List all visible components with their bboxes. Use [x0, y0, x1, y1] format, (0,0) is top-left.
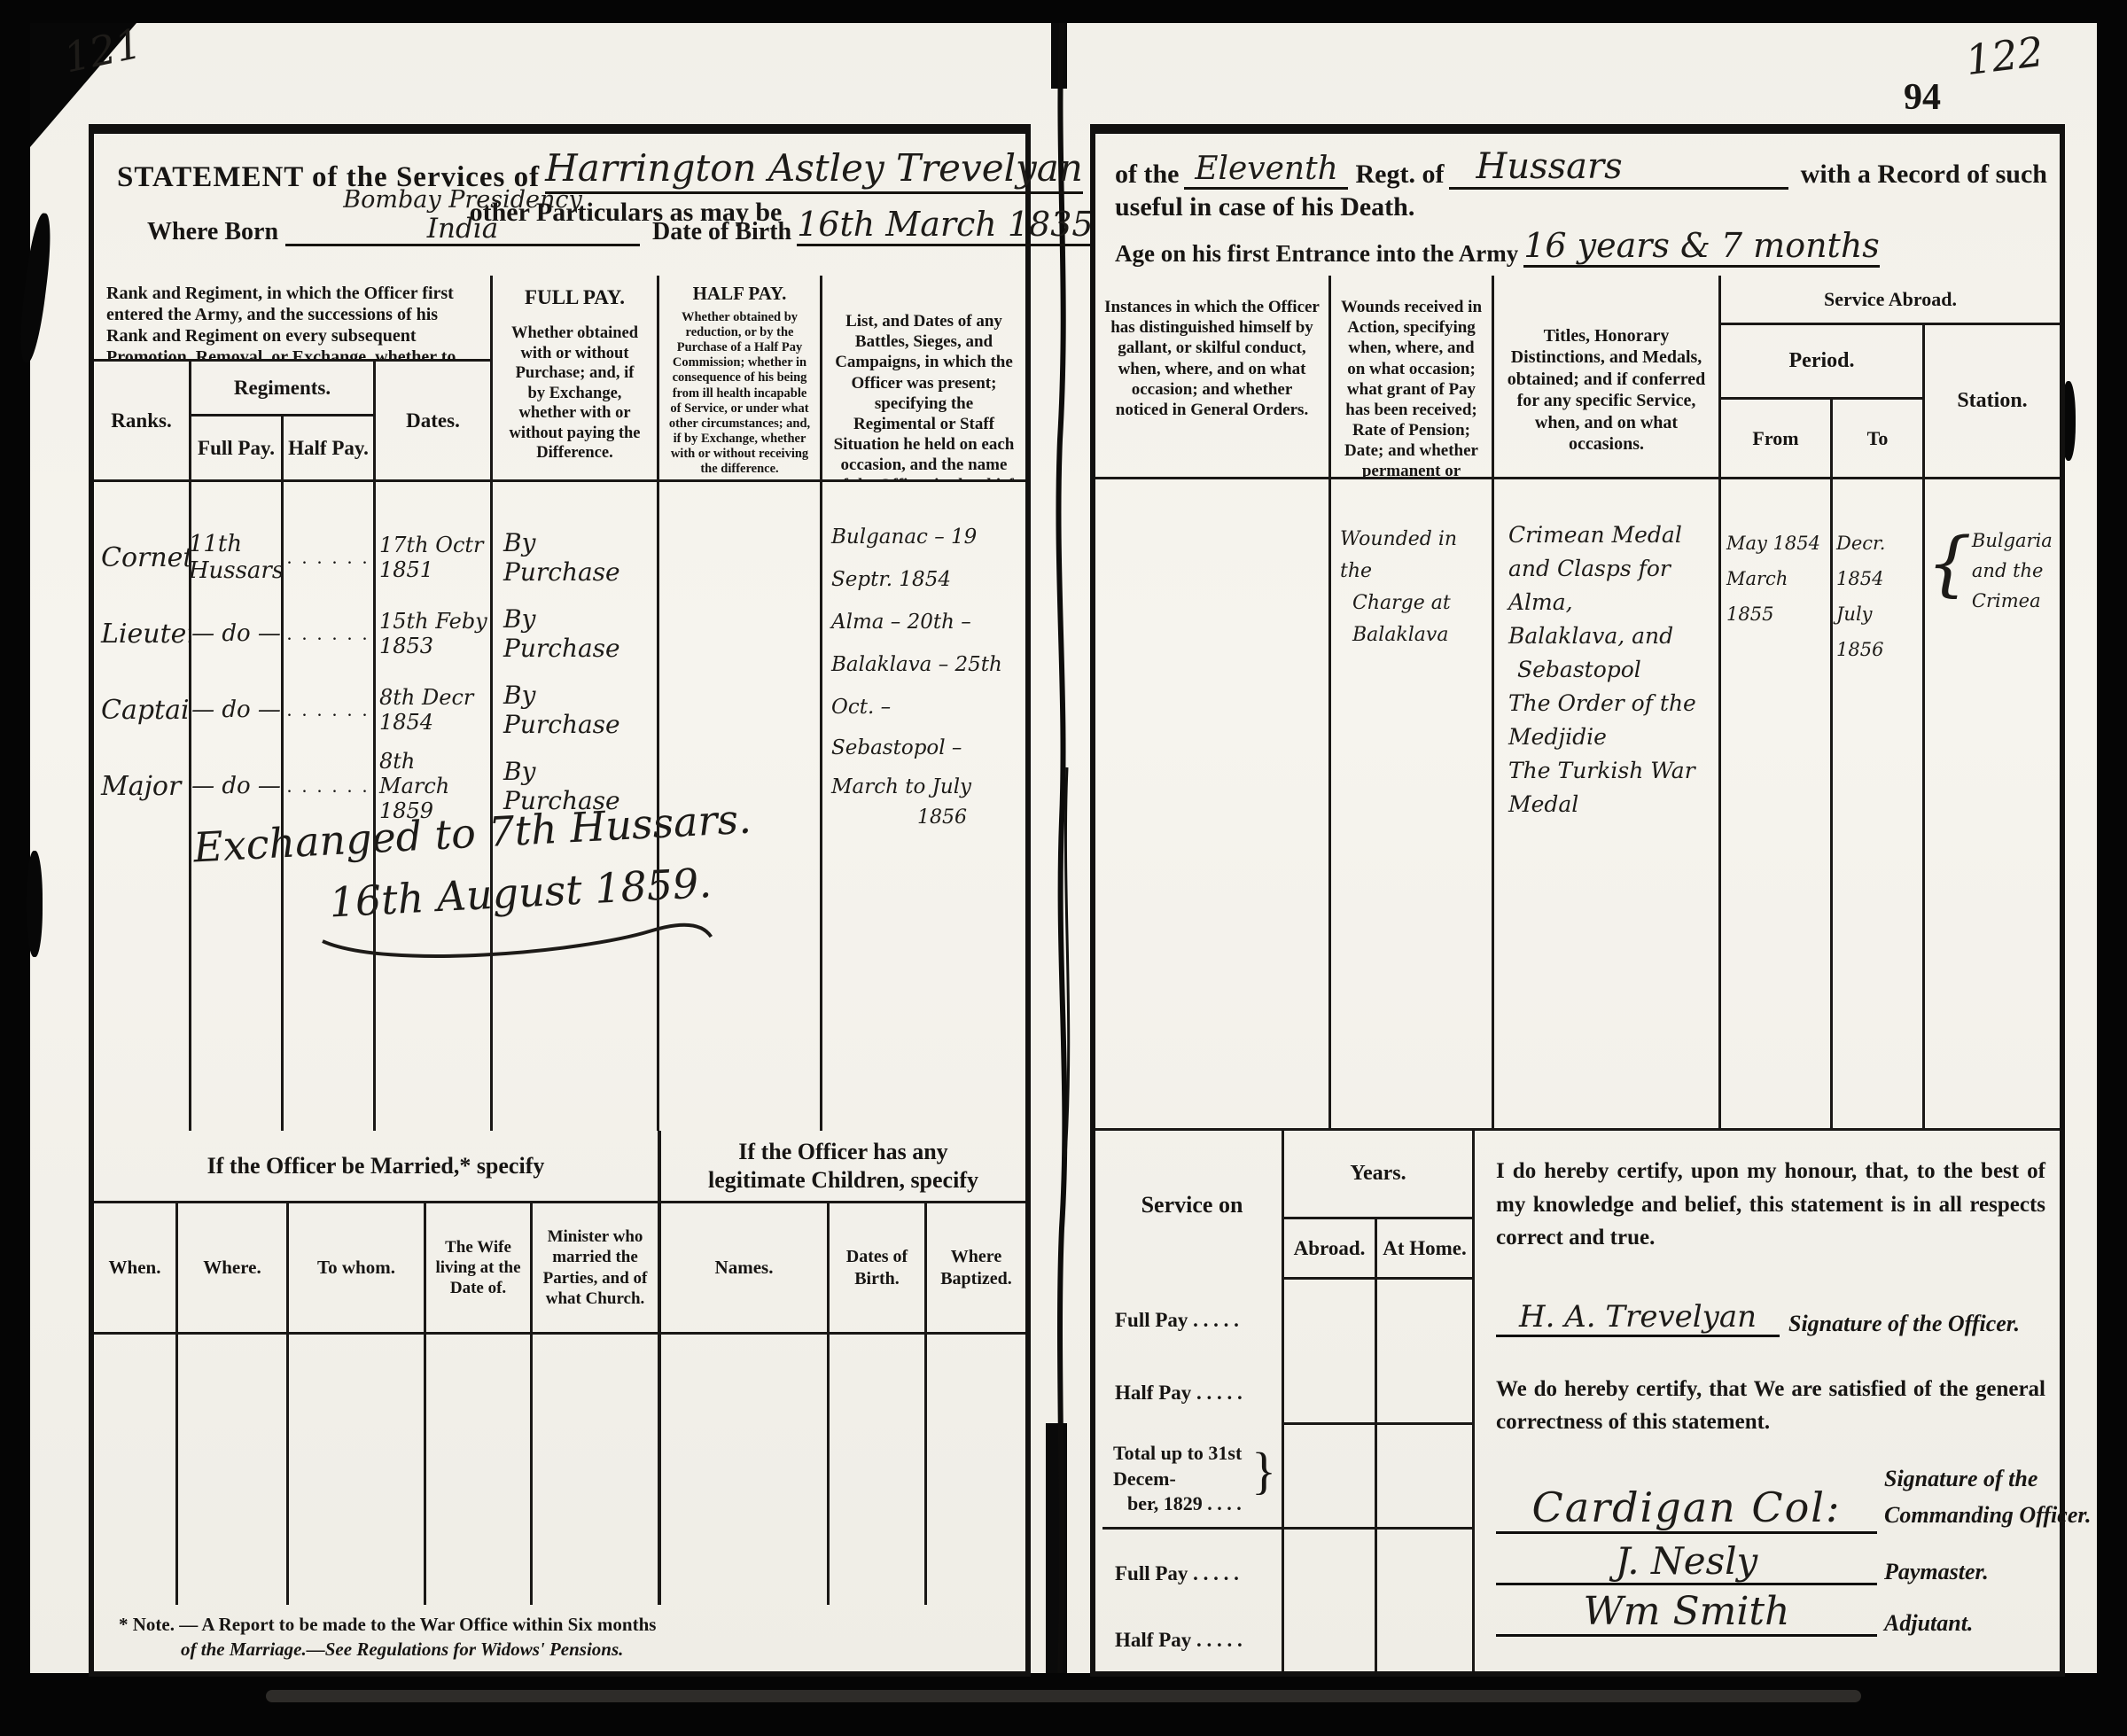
total-brace: }: [1251, 1437, 1276, 1504]
to-entries: Decr. 1854 July 1856: [1833, 479, 1925, 1131]
regiment-number-value: Eleventh: [1184, 151, 1348, 190]
officer-signature: H. A. Trevelyan: [1496, 1299, 1780, 1337]
date-entry: 8th March 1859: [379, 748, 490, 824]
station-line: Crimea: [1972, 586, 2053, 616]
adjutant-label: Adjutant.: [1884, 1610, 1973, 1637]
date-entry: 15th Feby 1853: [379, 596, 490, 672]
regiments-header-group: Regiments. Full Pay. Half Pay.: [191, 362, 376, 482]
service-abroad-header: Service Abroad.: [1721, 276, 2060, 325]
wounds-line2: Charge at Balaklava: [1340, 588, 1488, 651]
co-signature-label: Signature of the Commanding Officer.: [1884, 1460, 2092, 1534]
empty-cell: [1377, 1618, 1472, 1671]
dates-header: Dates.: [376, 362, 493, 482]
empty-cell: [1377, 1425, 1472, 1530]
half-pay-title: HALF PAY.: [666, 283, 813, 305]
purchase-entry: By Purchase: [503, 672, 657, 748]
age-value: 16 years & 7 months: [1523, 226, 1880, 268]
medal-line: Crimean Medal: [1508, 518, 1715, 552]
date-entries: 17th Octr 1851 15th Feby 1853 8th Decr 1…: [376, 482, 493, 1131]
half-pay-dots: . . . . . .: [284, 519, 373, 596]
where-born-label: Where Born: [147, 218, 278, 246]
regiment-entries: 11th Hussars — do — — do — — do —: [191, 482, 284, 1131]
service-on-label: Service on: [1102, 1131, 1284, 1280]
from-entries: May 1854 March 1855: [1721, 479, 1833, 1131]
paymaster-label: Paymaster.: [1884, 1559, 1989, 1585]
to-entry: July 1856: [1836, 596, 1922, 667]
wounds-entry: Wounded in the Charge at Balaklava: [1331, 479, 1494, 1131]
paymaster-signature-row: J. Nesly Paymaster.: [1496, 1539, 2045, 1585]
regiment-entry: — do —: [191, 596, 281, 672]
battle-entry: Sebastopol – March to July: [831, 728, 1020, 806]
half-pay-description: Whether obtained by reduction, or by the…: [666, 310, 813, 477]
regiment-header-row: of the Eleventh Regt. of Hussars with a …: [1115, 146, 2047, 190]
medal-line: Balaklava, and: [1508, 619, 1715, 653]
born-dob-row: Where Born Bombay Presidency India Date …: [147, 187, 1009, 246]
regiments-subheaders: Full Pay. Half Pay.: [191, 416, 373, 479]
station-lines: Bulgaria and the Crimea: [1972, 515, 2053, 1131]
officer-signature-row: H. A. Trevelyan Signature of the Officer…: [1496, 1299, 2045, 1337]
children-title: If the Officer has any legitimate Childr…: [661, 1131, 1025, 1203]
from-entry: May 1854: [1726, 525, 1830, 561]
page-right: of the Eleventh Regt. of Hussars with a …: [1090, 124, 2065, 1677]
married-title: If the Officer be Married,* specify: [94, 1131, 661, 1203]
full-pay-subheader: Full Pay.: [191, 416, 284, 479]
adjutant-signature: Wm Smith: [1496, 1589, 1877, 1637]
married-col-minister: Minister who married the Parties, and of…: [533, 1203, 661, 1335]
full-pay-row-label: Full Pay . . . . .: [1102, 1280, 1284, 1361]
regiment-entry: — do —: [191, 748, 281, 824]
full-pay-description: Whether obtained with or without Purchas…: [505, 323, 644, 463]
printed-page-number: 94: [1904, 76, 1941, 119]
scan-bottom-smudge: [266, 1690, 1861, 1702]
to-header: To: [1833, 400, 1925, 479]
distinctions-table: Instances in which the Officer has disti…: [1095, 276, 2060, 1131]
rank-entry: Major: [101, 748, 189, 824]
married-col-where: Where.: [178, 1203, 289, 1335]
full-pay-row2-label: Full Pay . . . . .: [1102, 1530, 1284, 1618]
medals-entry: Crimean Medal and Clasps for Alma, Balak…: [1494, 479, 1721, 1131]
officer-signature-label: Signature of the Officer.: [1788, 1311, 2020, 1337]
useful-death-label: useful in case of his Death.: [1115, 192, 1414, 222]
certification-block: I do hereby certify, upon my honour, tha…: [1496, 1155, 2045, 1637]
half-pay-body-empty: [659, 482, 822, 1131]
binding-crease: [1035, 23, 1092, 1673]
regiment-entry: 11th Hussars: [191, 519, 281, 596]
empty-cell: [289, 1335, 426, 1605]
wounds-header: Wounds received in Action, specifying wh…: [1331, 276, 1494, 479]
regiments-header: Regiments.: [191, 362, 373, 416]
station-header: Station.: [1925, 325, 2060, 479]
from-header: From: [1721, 400, 1833, 479]
marriage-children-table: If the Officer be Married,* specify If t…: [94, 1131, 1025, 1605]
rank-regiment-group-header: Rank and Regiment, in which the Officer …: [94, 276, 493, 362]
officer-certification-text: I do hereby certify, upon my honour, tha…: [1496, 1155, 2045, 1255]
where-born-line2: India: [285, 214, 640, 244]
children-col-names: Names.: [661, 1203, 830, 1335]
dob-value: 16th March 1835: [797, 205, 1093, 246]
medal-line: Sebastopol: [1508, 653, 1715, 687]
ranks-header: Ranks.: [94, 362, 191, 482]
purchase-entry: By Purchase: [503, 519, 657, 596]
children-col-dob: Dates of Birth.: [830, 1203, 927, 1335]
empty-cell: [1284, 1425, 1377, 1530]
crease-crack: [1035, 23, 1092, 1673]
half-pay-dots: . . . . . .: [284, 596, 373, 672]
purchase-entries: By Purchase By Purchase By Purchase By P…: [493, 482, 659, 1131]
empty-cell: [1377, 1530, 1472, 1618]
half-pay-entries: . . . . . . . . . . . . . . . . . . . . …: [284, 482, 376, 1131]
instances-body-empty: [1095, 479, 1331, 1131]
ranks-entries: Cornet Lieutenant Captain Major: [94, 482, 191, 1131]
folio-number-right: 122: [1963, 27, 2046, 84]
where-born-line1: Bombay Presidency: [285, 187, 640, 214]
full-pay-column-header: FULL PAY. Whether obtained with or witho…: [493, 276, 659, 482]
date-entry: 17th Octr 1851: [379, 519, 490, 596]
titles-header: Titles, Honorary Distinctions, and Medal…: [1494, 276, 1721, 479]
married-col-wife: The Wife living at the Date of.: [426, 1203, 533, 1335]
empty-cell: [1377, 1361, 1472, 1425]
age-label: Age on his first Entrance into the Army: [1115, 240, 1518, 268]
marriage-footnote: * Note. — A Report to be made to the War…: [119, 1612, 704, 1662]
footnote-line1: * Note. — A Report to be made to the War…: [119, 1612, 704, 1637]
at-home-header: At Home.: [1377, 1219, 1472, 1280]
half-pay-column-header: HALF PAY. Whether obtained by reduction,…: [659, 276, 822, 482]
empty-cell: [1284, 1361, 1377, 1425]
record-of-such-label: with a Record of such: [1801, 160, 2047, 190]
instances-header: Instances in which the Officer has disti…: [1095, 276, 1331, 479]
from-entry: March 1855: [1726, 561, 1830, 632]
empty-cell: [533, 1335, 661, 1605]
empty-cell: [927, 1335, 1025, 1605]
station-line: and the: [1972, 556, 2053, 586]
scanned-service-record: 121 122 94 STATEMENT of the Services of …: [0, 0, 2127, 1736]
service-table: Rank and Regiment, in which the Officer …: [94, 276, 1025, 1131]
empty-cell: [1284, 1280, 1377, 1361]
married-col-towhom: To whom.: [289, 1203, 426, 1335]
commanding-officer-signature: Cardigan Col:: [1496, 1483, 1877, 1534]
medal-line: and Clasps for Alma,: [1508, 552, 1715, 619]
battle-entry: Bulganac – 19 Septr. 1854: [831, 516, 1020, 601]
battles-column-header: List, and Dates of any Battles, Sieges, …: [822, 276, 1025, 482]
station-entry: { Bulgaria and the Crimea: [1925, 479, 2060, 1131]
footnote-line2: of the Marriage.—See Regulations for Wid…: [181, 1637, 704, 1662]
service-on-table: Service on Years. Abroad. At Home. Full …: [1102, 1131, 1475, 1671]
regt-of-label: Regt. of: [1355, 160, 1444, 190]
regiment-entry: — do —: [191, 672, 281, 748]
rank-entry: Lieutenant: [101, 596, 189, 672]
half-pay-row-label: Half Pay . . . . .: [1102, 1361, 1284, 1425]
general-certification-text: We do hereby certify, that We are satisf…: [1496, 1373, 2045, 1439]
purchase-entry: By Purchase: [503, 748, 657, 824]
scan-edge-blot: [27, 851, 43, 957]
empty-cell: [1284, 1530, 1377, 1618]
commanding-officer-label: Commanding Officer.: [1884, 1497, 2092, 1534]
empty-cell: [178, 1335, 289, 1605]
full-pay-title: FULL PAY.: [505, 286, 644, 309]
of-the-label: of the: [1115, 160, 1179, 190]
dob-label: Date of Birth: [652, 218, 791, 246]
empty-cell: [94, 1335, 178, 1605]
where-born-value: Bombay Presidency India: [285, 187, 640, 246]
abroad-header: Abroad.: [1284, 1219, 1377, 1280]
paymaster-signature: J. Nesly: [1496, 1539, 1877, 1585]
total-row-label: Total up to 31st Decem- ber, 1829 . . . …: [1102, 1425, 1284, 1530]
battle-entry: Balaklava – 25th Oct. –: [831, 643, 1020, 728]
battle-entry: Alma – 20th –: [831, 601, 1020, 643]
medal-line: The Order of the Medjidie: [1508, 687, 1715, 754]
empty-cell: [830, 1335, 927, 1605]
medal-line: The Turkish War Medal: [1508, 754, 1715, 821]
half-pay-row2-label: Half Pay . . . . .: [1102, 1618, 1284, 1671]
battles-description: List, and Dates of any Battles, Sieges, …: [833, 311, 1015, 482]
empty-cell: [426, 1335, 533, 1605]
station-brace: {: [1927, 515, 1972, 1131]
children-col-baptized: Where Baptized.: [927, 1203, 1025, 1335]
co-signature-row: Cardigan Col: Signature of the Commandin…: [1496, 1460, 2045, 1534]
years-header: Years.: [1284, 1131, 1472, 1219]
regiment-name-value: Hussars: [1449, 146, 1788, 190]
station-line: Bulgaria: [1972, 525, 2053, 556]
wounds-line1: Wounded in the: [1340, 524, 1488, 588]
age-row: Age on his first Entrance into the Army …: [1115, 226, 1847, 268]
half-pay-subheader: Half Pay.: [284, 416, 373, 479]
empty-cell: [1377, 1280, 1472, 1361]
to-entry: Decr. 1854: [1836, 525, 1922, 596]
page-left: STATEMENT of the Services of Harrington …: [89, 124, 1031, 1677]
married-col-when: When.: [94, 1203, 178, 1335]
battles-entries: Bulganac – 19 Septr. 1854 Alma – 20th – …: [822, 482, 1025, 1131]
rank-entry: Captain: [101, 672, 189, 748]
rank-entry: Cornet: [101, 519, 189, 596]
half-pay-dots: . . . . . .: [284, 672, 373, 748]
empty-cell: [661, 1335, 830, 1605]
battle-entry-year: 1856: [831, 806, 1020, 829]
adjutant-signature-row: Wm Smith Adjutant.: [1496, 1589, 2045, 1637]
purchase-entry: By Purchase: [503, 596, 657, 672]
period-header: Period.: [1721, 325, 1925, 400]
signature-of-the-label: Signature of the: [1884, 1460, 2092, 1498]
empty-cell: [1284, 1618, 1377, 1671]
half-pay-dots: . . . . . .: [284, 748, 373, 824]
date-entry: 8th Decr 1854: [379, 672, 490, 748]
